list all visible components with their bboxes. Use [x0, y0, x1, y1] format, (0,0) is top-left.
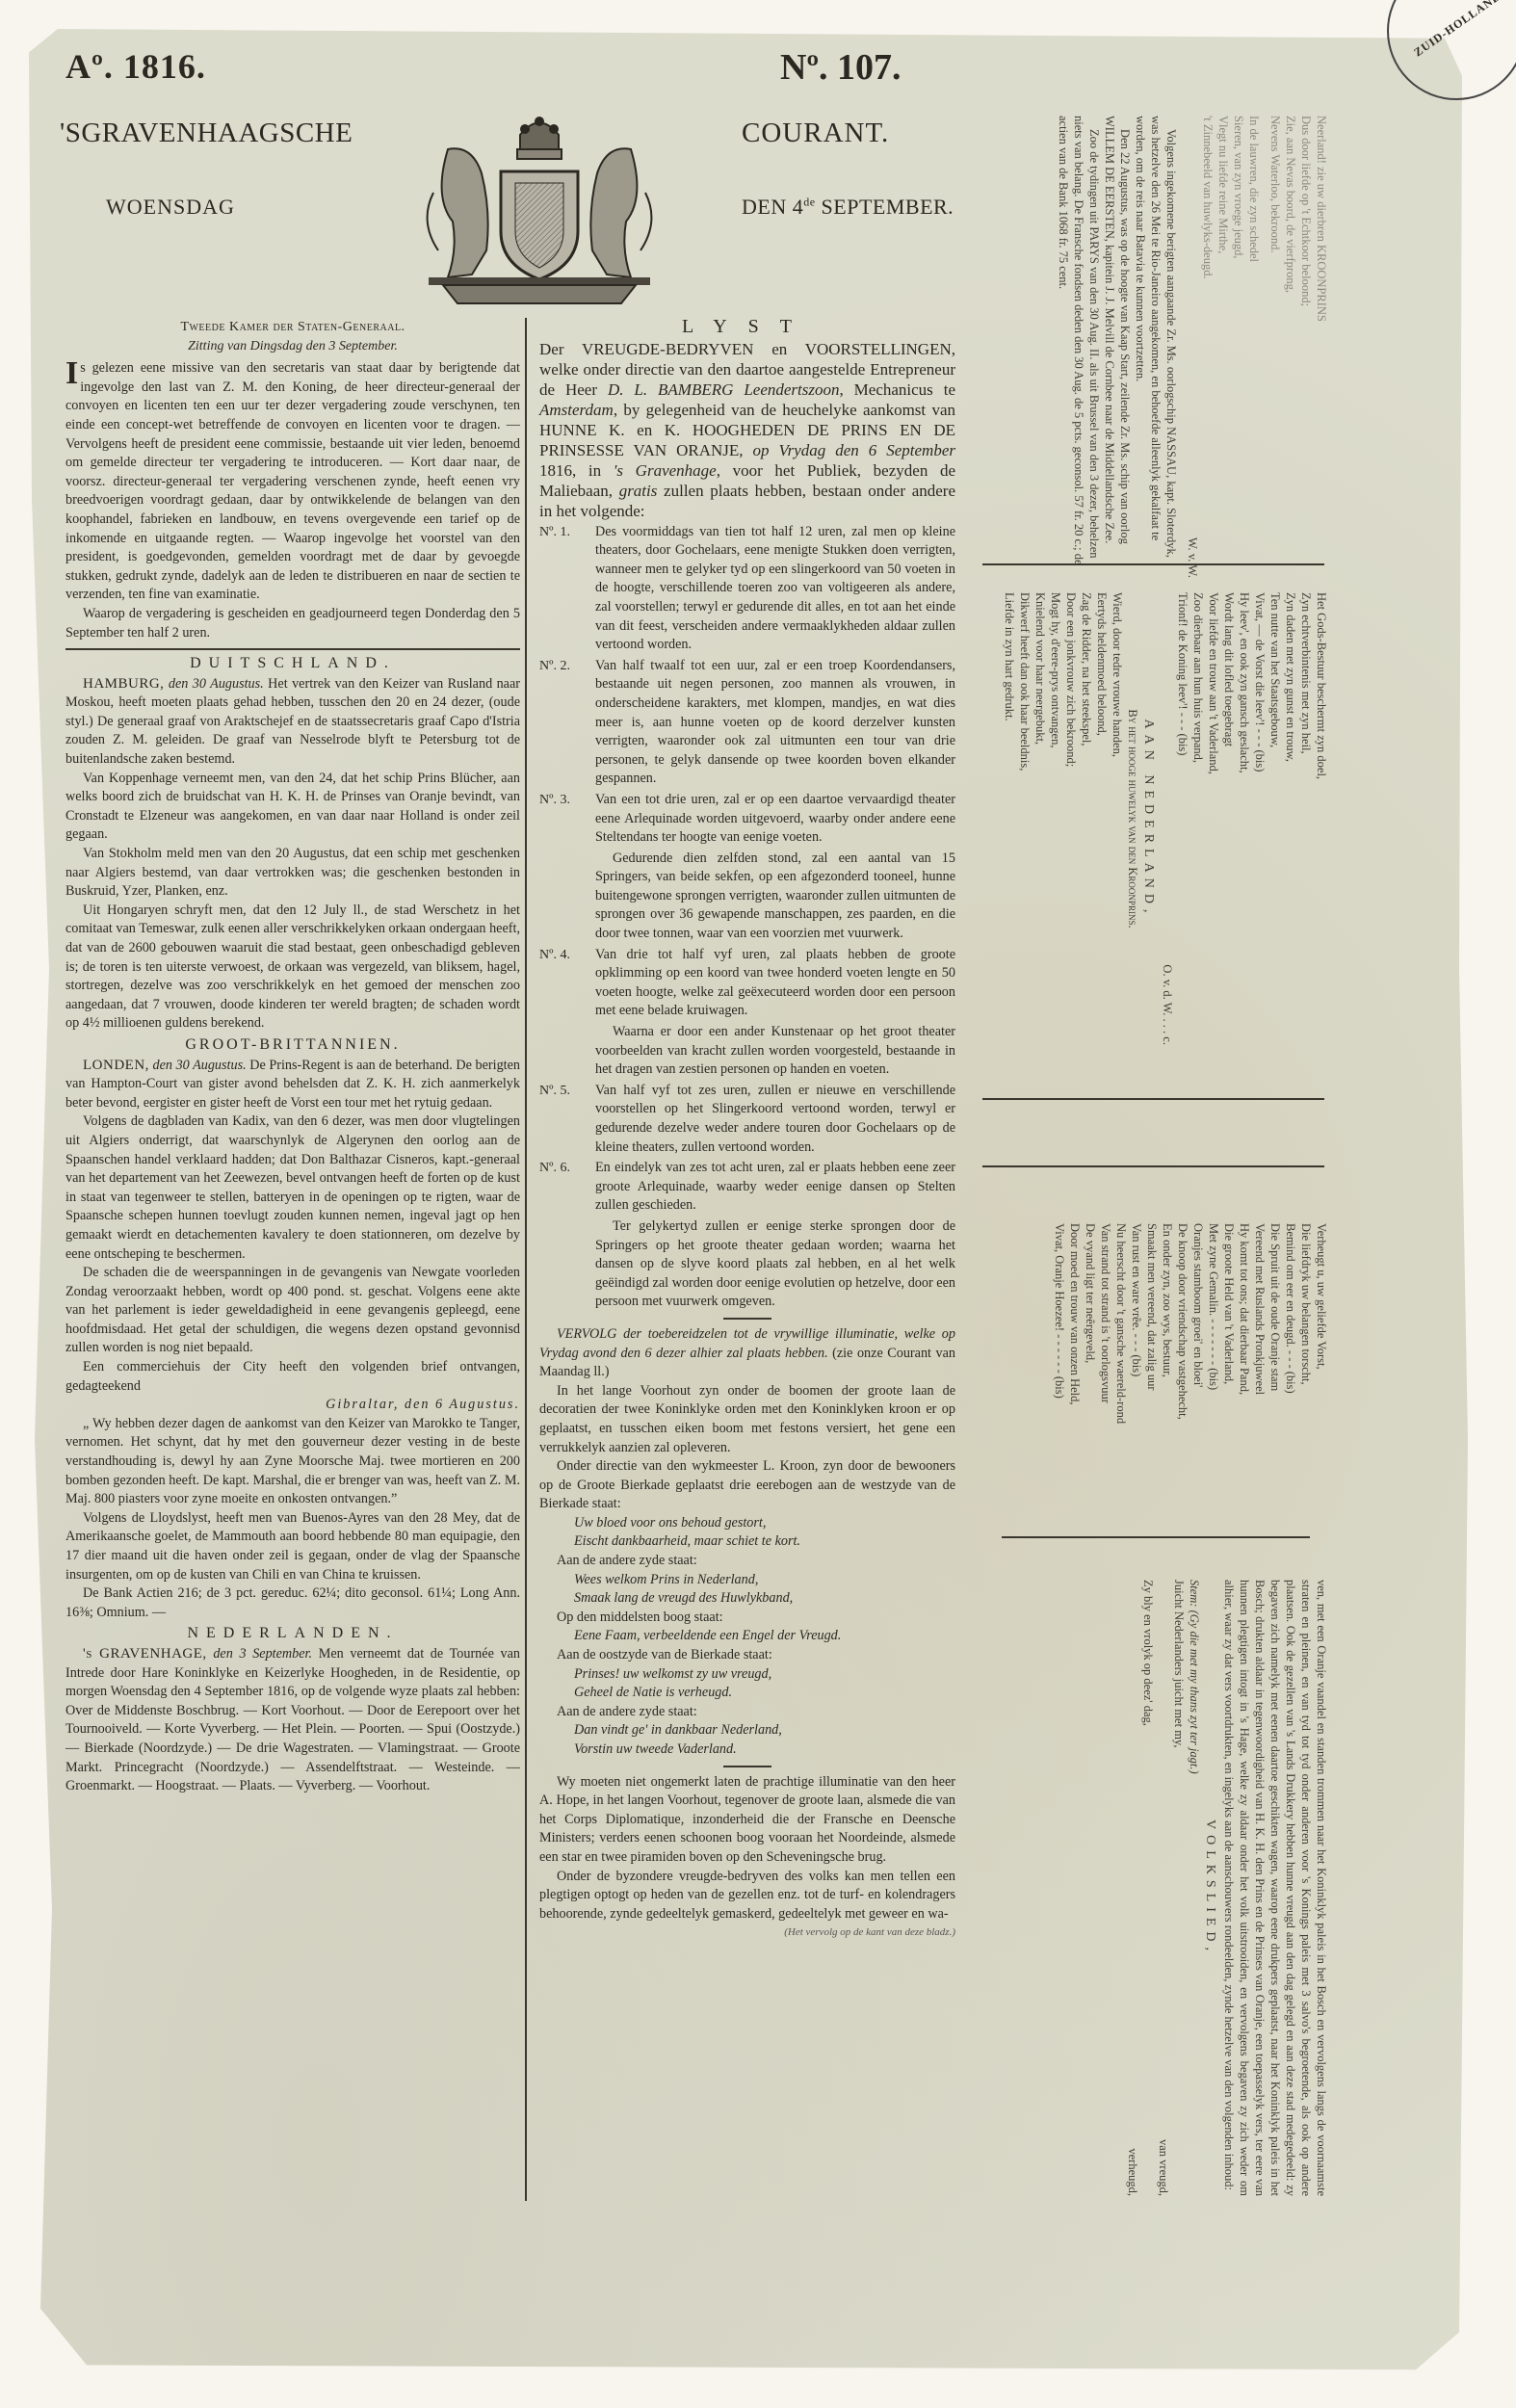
column-divider	[525, 318, 527, 2201]
intro-text: , Mechanicus te	[839, 380, 955, 399]
issue-weekday: WOENSDAG	[106, 195, 235, 220]
intro-text: 1816, in	[539, 461, 614, 480]
section-rule	[982, 1165, 1324, 1167]
program-item: Nº. 6.En eindelyk van zes tot acht uren,…	[539, 1159, 955, 1216]
section-rule	[982, 1098, 1324, 1100]
poem-line: Die liefdryk uw belangen torscht,	[1298, 1223, 1314, 1541]
program-item-continued: Ter gelykertyd zullen er eenige sterke s…	[539, 1217, 955, 1312]
volkslied-title: VOLKSLIED,	[1202, 1580, 1217, 2196]
dateline-date: den 30 Augustus.	[169, 676, 264, 692]
poem-line: Wordt lang dit lofled toegebragt	[1221, 592, 1237, 1045]
inscription-verse: Vorstin uw tweede Vaderland.	[574, 1741, 955, 1760]
continued-note: (Het vervolg op de kant van deze bladz.)	[539, 1924, 955, 1943]
item-number	[539, 1023, 595, 1080]
article-newgate: De schaden die de weerspanningen in de g…	[65, 1264, 520, 1358]
article-willem: Den 22 Augustus, was op de hoogte van Ka…	[1102, 116, 1133, 578]
intro-city: Amsterdam	[539, 401, 614, 419]
poem-line: Die Spruit uit de oude Oranje stam	[1268, 1223, 1283, 1541]
vervolg-heading: VERVOLG der toebereidzelen tot de vrywil…	[539, 1325, 955, 1382]
poem-line: 't Zinnebeeld van huwlyks-deugd.	[1200, 116, 1215, 578]
article-vervolg: ven, met een Oranje vaandel en standen t…	[1221, 1580, 1329, 2196]
date-sup: de	[803, 196, 815, 209]
item-text: Des voormiddags van tien tot half 12 ure…	[595, 523, 955, 655]
article-gibraltar-letter: „ Wy hebben dezer dagen de aankomst van …	[65, 1415, 520, 1509]
article-kadix: Volgens de dagbladen van Kadix, van den …	[65, 1112, 520, 1264]
poem-line: Dikwerf heeft dan ook haar beeldnis,	[1017, 592, 1032, 1045]
poem-line: Vereend met Ruslands Pronkjuweel	[1252, 1223, 1268, 1541]
program-item-continued: Waarna er door een ander Kunstenaar op h…	[539, 1023, 955, 1080]
inscription-verse: Eene Faam, verbeeldende een Engel der Vr…	[574, 1627, 955, 1646]
item-text: Van half twaalf tot een uur, zal er een …	[595, 657, 955, 789]
poem-line: Wierd, door tedre vrouwe handen,	[1110, 592, 1125, 1045]
dateline-date: den 3 September.	[213, 1646, 312, 1662]
inscription-verse: Wees welkom Prins in Nederland,	[574, 1571, 955, 1590]
poem-line: Neerland! zie uw dierbren KROONPRINS	[1314, 116, 1329, 578]
article-volks: Onder de byzondere vreugde-bedryven des …	[539, 1868, 955, 1924]
dateline-place: 's GRAVENHAGE,	[83, 1646, 207, 1662]
poem-line: De knoop door vriendschap vastgehecht,	[1175, 1223, 1190, 1541]
rotated-block-news: Neerland! zie uw dierbren KROONPRINS Dus…	[1056, 116, 1329, 578]
intro-place: 's Gravenhage	[614, 461, 717, 480]
poem-line: Van strand tot strand is 't oorlogsvuur	[1098, 1223, 1113, 1541]
program-item: Nº. 5.Van half vyf tot zes uren, zullen …	[539, 1082, 955, 1157]
section-heading-tweede-kamer: Tweede Kamer der Staten-Generaal.	[65, 318, 520, 337]
inscription-verse: Smaak lang de vreugd des Huwlykband,	[574, 1589, 955, 1609]
poem-line: In de lauwren, die zyn schedel	[1246, 116, 1262, 578]
date-suffix: SEPTEMBER.	[816, 195, 954, 219]
item-text: Waarna er door een ander Kunstenaar op h…	[595, 1023, 955, 1080]
poem-line: Zoo dierbaar aan hun huis verpand,	[1190, 592, 1206, 1045]
poem-line: Nu heerscht door 't gansche waereld-rond	[1113, 1223, 1129, 1541]
program-item: Nº. 1.Des voormiddags van tien tot half …	[539, 523, 955, 655]
section-heading-duitschland: DUITSCHLAND.	[65, 654, 520, 673]
poem-line: Smaakt men vereend, dat zalig uur	[1144, 1223, 1160, 1541]
right-margin-rotated-text: Neerland! zie uw dierbren KROONPRINS Dus…	[963, 77, 1464, 2331]
inscription-verse: Geheel de Natie is verheugd.	[574, 1684, 955, 1703]
program-item-continued: Gedurende dien zelfden stond, zal een aa…	[539, 850, 955, 944]
poem-line: Juicht Nederlanders juicht met my,	[1171, 1580, 1187, 2196]
inscription-location: Aan de andere zyde staat:	[557, 1552, 955, 1571]
article-lloyds: Volgens de Lloydslyst, heeft men van Bue…	[65, 1509, 520, 1584]
poem-line: van vreugd,	[1156, 1580, 1171, 2196]
issue-number: Nº. 107.	[780, 46, 902, 89]
poem-line: Vivat, Oranje Hoezee! - - - - - - (bis)	[1052, 1223, 1067, 1541]
issue-date: DEN 4de SEPTEMBER.	[742, 195, 954, 220]
inscription-location: Aan de andere zyde staat:	[557, 1703, 955, 1722]
poem-line: Eertyds heldenmoed beloond,	[1094, 592, 1110, 1045]
item-number	[539, 850, 595, 944]
program-list: Nº. 1.Des voormiddags van tien tot half …	[539, 523, 955, 1312]
short-rule	[723, 1318, 771, 1320]
dateline-place: HAMBURG,	[83, 676, 164, 692]
article-bierkade: Onder directie van den wykmeester L. Kro…	[539, 1457, 955, 1514]
article-hamburg: HAMBURG, den 30 Augustus. Het vertrek va…	[65, 675, 520, 770]
left-column: Tweede Kamer der Staten-Generaal. Zittin…	[65, 318, 520, 1796]
date-prefix: DEN 4	[742, 195, 803, 219]
item-text: En eindelyk van zes tot acht uren, zal e…	[595, 1159, 955, 1216]
poem-signature: W. v. W.	[1185, 116, 1200, 578]
item-number: Nº. 3.	[539, 791, 595, 848]
program-item: Nº. 2.Van half twaalf tot een uur, zal e…	[539, 657, 955, 789]
poem-line: En onder zyn, zoo wys, bestuur,	[1160, 1223, 1175, 1541]
poem-neerland: Neerland! zie uw dierbren KROONPRINS Dus…	[1200, 116, 1329, 578]
masthead-title-left: 'SGRAVENHAAGSCHE	[60, 118, 353, 149]
item-number: Nº. 2.	[539, 657, 595, 789]
poem-line: Knielend voor haar neergebukt,	[1032, 592, 1048, 1045]
inscription-verse: Eischt dankbaarheid, maar schiet te kort…	[574, 1532, 955, 1552]
poem-line: Zyn daden met zyn gunst en trouw,	[1283, 592, 1298, 1045]
rotated-block-poem3: Verheugt u, uw geliefde Vorst, Die liefd…	[1052, 1223, 1329, 1541]
poem-line: Van rust en ware vrêe. - - - (bis)	[1129, 1223, 1144, 1541]
intro-date: op Vrydag den 6 September	[753, 441, 955, 459]
section-heading-groot-brittannien: GROOT-BRITTANNIEN.	[65, 1035, 520, 1055]
issue-year: Aº. 1816.	[65, 46, 206, 87]
inscription-verse: Dan vindt ge' in dankbaar Nederland,	[574, 1721, 955, 1741]
article-kamer-body: s gelezen eene missive van den secretari…	[65, 360, 520, 602]
poem-title-aan-nederland: AAN NEDERLAND,	[1140, 592, 1156, 1045]
poem-line: Voor liefde en trouw aan 't Vaderland,	[1206, 592, 1221, 1045]
article-parys: Zoo de tydingen uit PARYS van den 30 Aug…	[1056, 116, 1102, 578]
arch-inscriptions: Uw bloed voor ons behoud gestort, Eischt…	[539, 1514, 955, 1760]
article-kamer-close: Waarop de vergadering is gescheiden en g…	[65, 605, 520, 642]
item-number: Nº. 5.	[539, 1082, 595, 1157]
letter-dateline: Gibraltar, den 6 Augustus.	[65, 1396, 520, 1415]
rotated-block-poems: Het Gods-Bestuur beschermt zyn doel, Zyn…	[1002, 592, 1329, 1045]
article-hongaryen: Uit Hongaryen schryft men, dat den 12 Ju…	[65, 902, 520, 1034]
poem-line: Hy komt tot ons; dat dierbaar Pand,	[1237, 1223, 1252, 1541]
article-londen: LONDEN, den 30 Augustus. De Prins-Regent…	[65, 1057, 520, 1113]
article-koppenhage: Van Koppenhage verneemt men, van den 24,…	[65, 770, 520, 845]
section-rule	[1002, 1536, 1310, 1538]
lyst-title: LYST	[539, 318, 955, 337]
drop-cap: I	[65, 359, 80, 388]
rotated-block-vervolg: ven, met een Oranje vaandel en standen t…	[1125, 1580, 1329, 2196]
poem-line: Mogt hy, d'eere-prys ontvangen,	[1048, 592, 1063, 1045]
poem-line: Zyn echtverbintenis met zyn heil,	[1298, 592, 1314, 1045]
item-text: Van een tot drie uren, zal er op een daa…	[595, 791, 955, 848]
section-rule	[982, 563, 1324, 565]
inscription-verse: Uw bloed voor ons behoud gestort,	[574, 1514, 955, 1533]
article-voorhout: In het lange Voorhout zyn onder de boome…	[539, 1382, 955, 1457]
poem-line: Liefde in zyn hart gedrukt.	[1002, 592, 1017, 1045]
poem-line: Ten nutte van het Staatsgebouw,	[1268, 592, 1283, 1045]
lyst-intro: Der VREUGDE-BEDRYVEN en VOORSTELLINGEN, …	[539, 339, 955, 521]
dateline-date: den 30 Augustus.	[153, 1058, 247, 1073]
program-item: Nº. 3.Van een tot drie uren, zal er op e…	[539, 791, 955, 848]
short-rule	[723, 1766, 771, 1767]
masthead-title-right: COURANT.	[742, 118, 889, 149]
poem-line: Hy leev', en ook zyn gansch geslacht,	[1237, 592, 1252, 1045]
section-heading-nederlanden: NEDERLANDEN.	[65, 1624, 520, 1643]
poem-line: Door moed en trouw van onzen Held,	[1067, 1223, 1083, 1541]
dateline-place: LONDEN,	[83, 1058, 149, 1073]
intro-name: D. L. BAMBERG Leendertszoon	[608, 380, 840, 399]
article-stokholm: Van Stokholm meld men van den 20 Augustu…	[65, 845, 520, 902]
article-bank: De Bank Actien 216; de 3 pct. gereduc. 6…	[65, 1584, 520, 1622]
poem-line: Zy bly en vrolyk op deez' dag,	[1140, 1580, 1156, 2196]
poem-line: Met zyne Gemalin. - - - - - - - (bis)	[1206, 1223, 1221, 1541]
item-text: Van half vyf tot zes uren, zullen er nie…	[595, 1082, 955, 1157]
article-hope: Wy moeten niet ongemerkt laten de pracht…	[539, 1773, 955, 1868]
item-number: Nº. 6.	[539, 1159, 595, 1216]
item-number: Nº. 4.	[539, 946, 595, 1021]
poem-line: Oranjes stamboom groei' en bloei'	[1190, 1223, 1206, 1541]
poem-line: Bemind om eer en deugd. - - - (bis)	[1283, 1223, 1298, 1541]
poem-subtitle: By het hooge huwelyk van den Kroonprins.	[1125, 592, 1140, 1045]
poem-line: Zie, aan Nevas boord, de vierfprong,	[1283, 116, 1298, 578]
volkslied-tune: Stem: (Gy die met my thans zyt ter jagt.…	[1187, 1580, 1202, 2196]
section-rule	[65, 648, 520, 650]
item-text: Ter gelykertyd zullen er eenige sterke s…	[595, 1217, 955, 1312]
inscription-verse: Prinses! uw welkomst zy uw vreugd,	[574, 1665, 955, 1685]
poem-line: Sieren, van zyn vroege jeugd,	[1231, 116, 1246, 578]
item-text: Van drie tot half vyf uren, zal plaats h…	[595, 946, 955, 1021]
article-body: Men verneemt dat de Tournée van Intrede …	[65, 1646, 520, 1793]
poem-line: Het Gods-Bestuur beschermt zyn doel,	[1314, 592, 1329, 1045]
item-text: Gedurende dien zelfden stond, zal een aa…	[595, 850, 955, 944]
poem-line: Vlegt nu liefde reine Mirthe,	[1215, 116, 1231, 578]
inscription-location: Aan de oostzyde van de Bierkade staat:	[557, 1646, 955, 1665]
poem-line: De vyand ligt ter neêrgeveld,	[1083, 1223, 1098, 1541]
inscription-location: Op den middelsten boog staat:	[557, 1609, 955, 1628]
item-number	[539, 1217, 595, 1312]
article-commercie: Een commerciehuis der City heeft den vol…	[65, 1358, 520, 1396]
article-kamer: Is gelezen eene missive van den secretar…	[65, 359, 520, 605]
poem-line: verheugd,	[1125, 1580, 1140, 2196]
poem-line: Die groote Held van 't Vaderland,	[1221, 1223, 1237, 1541]
program-item: Nº. 4.Van drie tot half vyf uren, zal pl…	[539, 946, 955, 1021]
poem-signature: O. v. d. W. . . . c.	[1160, 592, 1175, 1045]
poem-line: Nevens Waterloo, bekroond.	[1268, 116, 1283, 578]
article-gravenhage: 's GRAVENHAGE, den 3 September. Men vern…	[65, 1645, 520, 1796]
item-number: Nº. 1.	[539, 523, 595, 655]
poem-line: Dus door liefde op 't Echtkoor beloond;	[1298, 116, 1314, 578]
poem-line: Zag de Ridder, na het steekspel,	[1079, 592, 1094, 1045]
poem-line: Vivat, — de Vorst die leev'! - - - (bis)	[1252, 592, 1268, 1045]
middle-column: LYST Der VREUGDE-BEDRYVEN en VOORSTELLIN…	[539, 318, 955, 1943]
poem-line: Verheugt u, uw geliefde Vorst,	[1314, 1223, 1329, 1541]
poem-line: Trionf! de Koning leev'! - - - (bis)	[1175, 592, 1190, 1045]
coat-of-arms-icon	[380, 106, 698, 308]
article-nassau: Volgens ingekomene berigten aangaande Zr…	[1133, 116, 1179, 578]
poem-line: Door een jonkvrouw zich bekroond;	[1063, 592, 1079, 1045]
session-date: Zitting van Dingsdag den 3 September.	[65, 337, 520, 356]
intro-gratis: gratis	[619, 482, 658, 500]
